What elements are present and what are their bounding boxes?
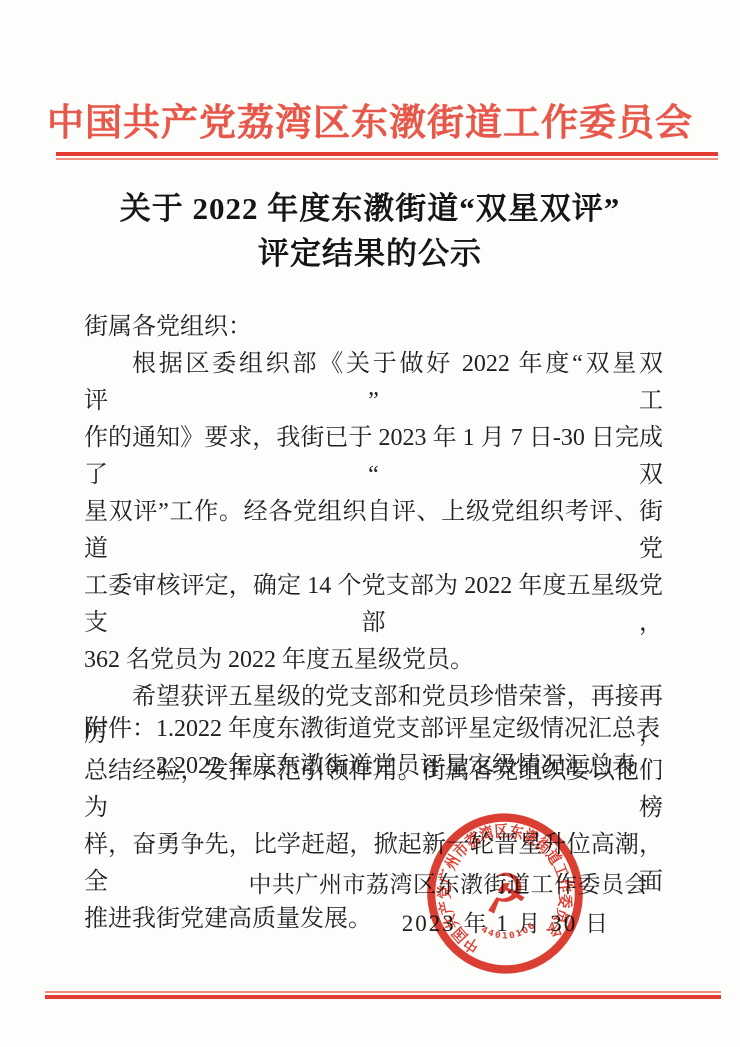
salutation: 街属各党组织：: [84, 309, 663, 346]
attachment-item: 2.2022 年度东漖街道党员评星定级情况汇总表: [156, 748, 660, 785]
body-line: 根据区委组织部《关于做好 2022 年度“双星双评”工: [84, 346, 663, 420]
footer-divider-thick: [45, 995, 721, 999]
attachments-label: 附件：: [84, 711, 156, 785]
attachments-block: 附件： 1.2022 年度东漖街道党支部评星定级情况汇总表 2.2022 年度东…: [84, 711, 684, 785]
header-divider-thick: [56, 152, 718, 156]
document-title-line1: 关于 2022 年度东漖街道“双星双评”: [0, 186, 740, 231]
attachments-list: 1.2022 年度东漖街道党支部评星定级情况汇总表 2.2022 年度东漖街道党…: [156, 711, 660, 785]
scanned-document-page: 中国共产党荔湾区东漖街道工作委员会 关于 2022 年度东漖街道“双星双评” 评…: [0, 0, 740, 1047]
issuer-org-title: 中国共产党荔湾区东漖街道工作委员会: [0, 92, 740, 146]
official-seal: 中国共产党广州市荔湾区东漖街道工作委员会 440101060803 ☭: [413, 800, 597, 988]
party-emblem-icon: ☭: [478, 860, 533, 928]
header-divider-thin: [56, 158, 718, 160]
attachment-item: 1.2022 年度东漖街道党支部评星定级情况汇总表: [156, 711, 660, 748]
body-line: 作的通知》要求，我街已于 2023 年 1 月 7 日-30 日完成了“双: [84, 420, 663, 494]
body-line: 362 名党员为 2022 年度五星级党员。: [84, 642, 663, 679]
footer-divider-line: [45, 991, 721, 999]
header-divider-line: [56, 152, 718, 160]
document-title: 关于 2022 年度东漖街道“双星双评” 评定结果的公示: [0, 186, 740, 276]
footer-divider-thin: [45, 991, 721, 993]
body-line: 工委审核评定，确定 14 个党支部为 2022 年度五星级党支部，: [84, 568, 663, 642]
document-title-line2: 评定结果的公示: [0, 231, 740, 276]
body-line: 星双评”工作。经各党组织自评、上级党组织考评、街道党: [84, 494, 663, 568]
